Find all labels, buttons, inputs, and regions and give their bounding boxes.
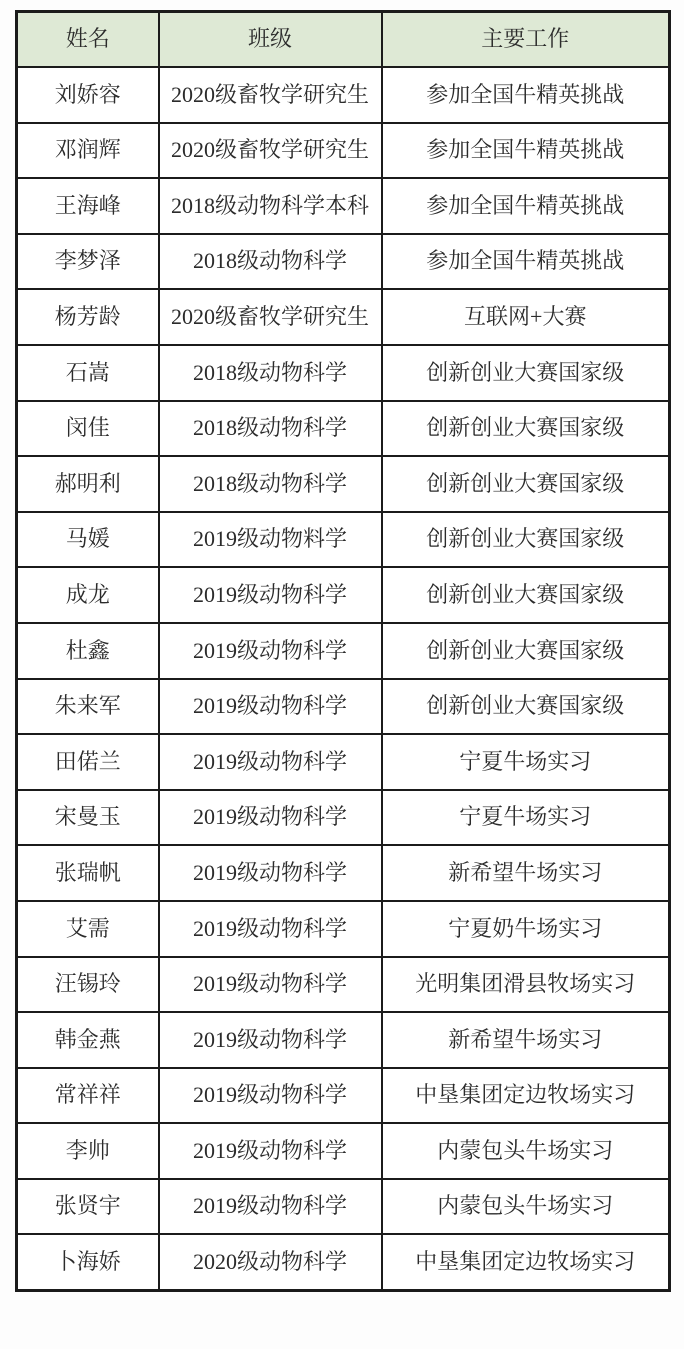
class-cell: 2018级动物科学本科	[159, 178, 382, 234]
name-cell: 韩金燕	[17, 1012, 159, 1068]
work-cell: 互联网+大赛	[382, 289, 670, 345]
class-cell: 2019级动物科学	[159, 901, 382, 957]
work-cell: 新希望牛场实习	[382, 1012, 670, 1068]
class-cell: 2019级动物科学	[159, 1123, 382, 1179]
table-header: 姓名 班级 主要工作	[17, 12, 670, 68]
name-cell: 卜海娇	[17, 1234, 159, 1290]
table-row: 郝明利2018级动物科学创新创业大赛国家级	[17, 456, 670, 512]
work-cell: 创新创业大赛国家级	[382, 679, 670, 735]
work-cell: 创新创业大赛国家级	[382, 567, 670, 623]
table-row: 张贤宇2019级动物科学内蒙包头牛场实习	[17, 1179, 670, 1235]
name-cell: 刘娇容	[17, 67, 159, 123]
class-cell: 2018级动物科学	[159, 401, 382, 457]
table-row: 邓润辉2020级畜牧学研究生参加全国牛精英挑战	[17, 123, 670, 179]
table-row: 王海峰2018级动物科学本科参加全国牛精英挑战	[17, 178, 670, 234]
table-row: 杨芳龄2020级畜牧学研究生互联网+大赛	[17, 289, 670, 345]
table-row: 刘娇容2020级畜牧学研究生参加全国牛精英挑战	[17, 67, 670, 123]
name-cell: 王海峰	[17, 178, 159, 234]
work-cell: 创新创业大赛国家级	[382, 512, 670, 568]
work-cell: 中垦集团定边牧场实习	[382, 1068, 670, 1124]
class-cell: 2020级动物科学	[159, 1234, 382, 1290]
work-cell: 参加全国牛精英挑战	[382, 178, 670, 234]
table-row: 艾需2019级动物科学宁夏奶牛场实习	[17, 901, 670, 957]
student-roster-table: 姓名 班级 主要工作 刘娇容2020级畜牧学研究生参加全国牛精英挑战邓润辉202…	[15, 10, 671, 1292]
name-cell: 马媛	[17, 512, 159, 568]
work-cell: 光明集团滑县牧场实习	[382, 957, 670, 1013]
name-cell: 汪锡玲	[17, 957, 159, 1013]
class-cell: 2018级动物科学	[159, 234, 382, 290]
name-cell: 郝明利	[17, 456, 159, 512]
name-cell: 杜鑫	[17, 623, 159, 679]
column-header-work: 主要工作	[382, 12, 670, 68]
table-row: 杜鑫2019级动物科学创新创业大赛国家级	[17, 623, 670, 679]
work-cell: 创新创业大赛国家级	[382, 345, 670, 401]
table-row: 韩金燕2019级动物科学新希望牛场实习	[17, 1012, 670, 1068]
name-cell: 闵佳	[17, 401, 159, 457]
table-row: 卜海娇2020级动物科学中垦集团定边牧场实习	[17, 1234, 670, 1290]
work-cell: 创新创业大赛国家级	[382, 623, 670, 679]
class-cell: 2019级动物科学	[159, 567, 382, 623]
name-cell: 常祥祥	[17, 1068, 159, 1124]
work-cell: 参加全国牛精英挑战	[382, 67, 670, 123]
class-cell: 2019级动物科学	[159, 1012, 382, 1068]
name-cell: 杨芳龄	[17, 289, 159, 345]
class-cell: 2019级动物科学	[159, 1179, 382, 1235]
class-cell: 2019级动物科学	[159, 957, 382, 1013]
work-cell: 参加全国牛精英挑战	[382, 123, 670, 179]
work-cell: 宁夏奶牛场实习	[382, 901, 670, 957]
class-cell: 2019级动物科学	[159, 845, 382, 901]
class-cell: 2019级动物科学	[159, 1068, 382, 1124]
work-cell: 新希望牛场实习	[382, 845, 670, 901]
name-cell: 邓润辉	[17, 123, 159, 179]
table-row: 马媛2019级动物料学创新创业大赛国家级	[17, 512, 670, 568]
work-cell: 创新创业大赛国家级	[382, 456, 670, 512]
work-cell: 内蒙包头牛场实习	[382, 1179, 670, 1235]
table-body: 刘娇容2020级畜牧学研究生参加全国牛精英挑战邓润辉2020级畜牧学研究生参加全…	[17, 67, 670, 1291]
name-cell: 朱来军	[17, 679, 159, 735]
name-cell: 张瑞帆	[17, 845, 159, 901]
class-cell: 2019级动物科学	[159, 623, 382, 679]
class-cell: 2019级动物科学	[159, 679, 382, 735]
column-header-name: 姓名	[17, 12, 159, 68]
header-row: 姓名 班级 主要工作	[17, 12, 670, 68]
work-cell: 宁夏牛场实习	[382, 734, 670, 790]
table-row: 闵佳2018级动物科学创新创业大赛国家级	[17, 401, 670, 457]
table-row: 汪锡玲2019级动物科学光明集团滑县牧场实习	[17, 957, 670, 1013]
table-row: 石嵩2018级动物科学创新创业大赛国家级	[17, 345, 670, 401]
table-row: 常祥祥2019级动物科学中垦集团定边牧场实习	[17, 1068, 670, 1124]
table-row: 李帅2019级动物科学内蒙包头牛场实习	[17, 1123, 670, 1179]
table-row: 宋曼玉2019级动物科学宁夏牛场实习	[17, 790, 670, 846]
class-cell: 2018级动物科学	[159, 456, 382, 512]
work-cell: 参加全国牛精英挑战	[382, 234, 670, 290]
table-row: 田偌兰2019级动物科学宁夏牛场实习	[17, 734, 670, 790]
column-header-class: 班级	[159, 12, 382, 68]
name-cell: 宋曼玉	[17, 790, 159, 846]
name-cell: 李梦泽	[17, 234, 159, 290]
class-cell: 2020级畜牧学研究生	[159, 67, 382, 123]
name-cell: 石嵩	[17, 345, 159, 401]
work-cell: 创新创业大赛国家级	[382, 401, 670, 457]
class-cell: 2019级动物料学	[159, 512, 382, 568]
class-cell: 2019级动物科学	[159, 790, 382, 846]
class-cell: 2019级动物科学	[159, 734, 382, 790]
name-cell: 艾需	[17, 901, 159, 957]
name-cell: 李帅	[17, 1123, 159, 1179]
class-cell: 2020级畜牧学研究生	[159, 289, 382, 345]
table-row: 朱来军2019级动物科学创新创业大赛国家级	[17, 679, 670, 735]
name-cell: 成龙	[17, 567, 159, 623]
table-row: 李梦泽2018级动物科学参加全国牛精英挑战	[17, 234, 670, 290]
table-row: 张瑞帆2019级动物科学新希望牛场实习	[17, 845, 670, 901]
page: 姓名 班级 主要工作 刘娇容2020级畜牧学研究生参加全国牛精英挑战邓润辉202…	[0, 0, 684, 1349]
work-cell: 宁夏牛场实习	[382, 790, 670, 846]
name-cell: 田偌兰	[17, 734, 159, 790]
work-cell: 中垦集团定边牧场实习	[382, 1234, 670, 1290]
name-cell: 张贤宇	[17, 1179, 159, 1235]
work-cell: 内蒙包头牛场实习	[382, 1123, 670, 1179]
table-row: 成龙2019级动物科学创新创业大赛国家级	[17, 567, 670, 623]
class-cell: 2020级畜牧学研究生	[159, 123, 382, 179]
class-cell: 2018级动物科学	[159, 345, 382, 401]
